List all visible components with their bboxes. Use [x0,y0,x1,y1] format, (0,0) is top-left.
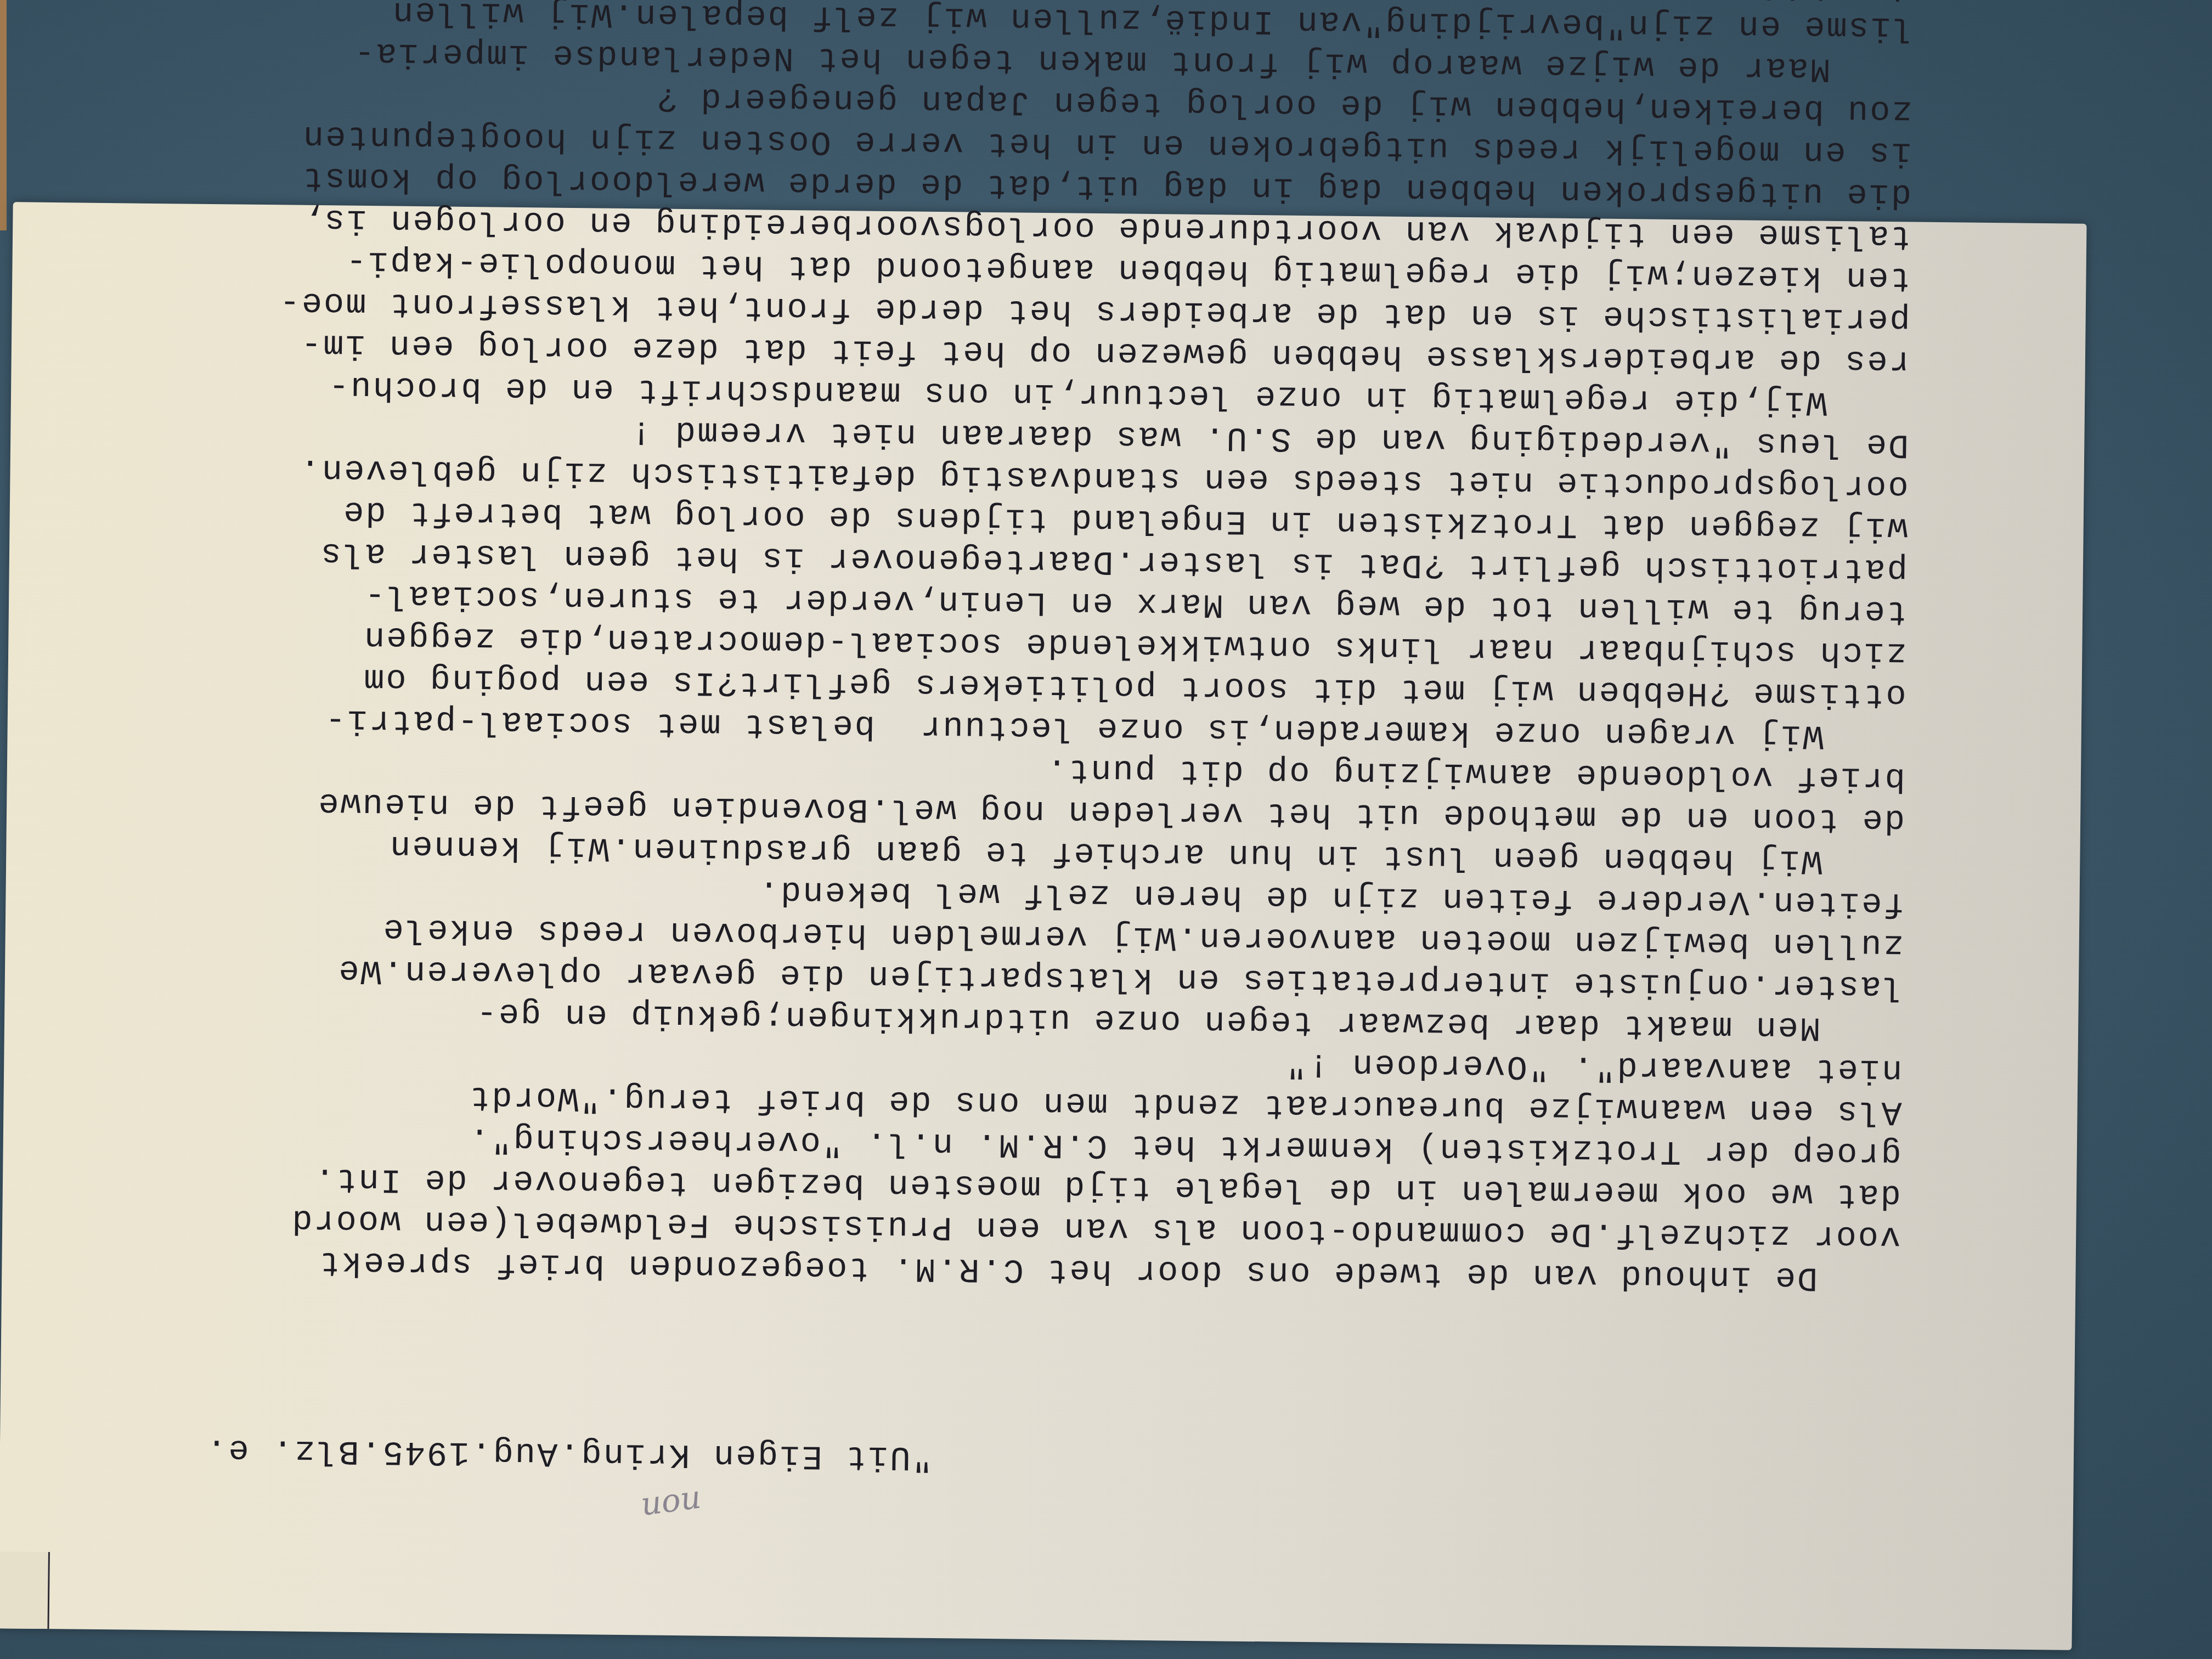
paragraph: Men maakt daar bezwaar tegen onze uitdru… [158,864,1904,1049]
body-paragraphs: De inhoud van de twede ons door het C.R.… [155,0,1927,1299]
table-edge [0,0,7,230]
torn-corner [0,1551,50,1629]
paragraph: De inhoud van de twede ons door het C.R.… [155,1031,1903,1299]
typewritten-page: "Uit Eigen Kring.Aug.1945.Blz. e. non De… [0,202,2087,1650]
handwritten-note: non [639,1481,704,1530]
page-header: "Uit Eigen Kring.Aug.1945.Blz. e. [154,1428,1899,1488]
paragraph: Wij hebben geen lust in hun archief te g… [160,739,1905,882]
page-text: "Uit Eigen Kring.Aug.1945.Blz. e. non De… [153,269,1910,1571]
paragraph: Wij vragen onze kameraden,is onze lectuu… [161,405,1909,757]
paragraph: Wij,die regelmatig in onze lectuur,in on… [165,72,1912,424]
